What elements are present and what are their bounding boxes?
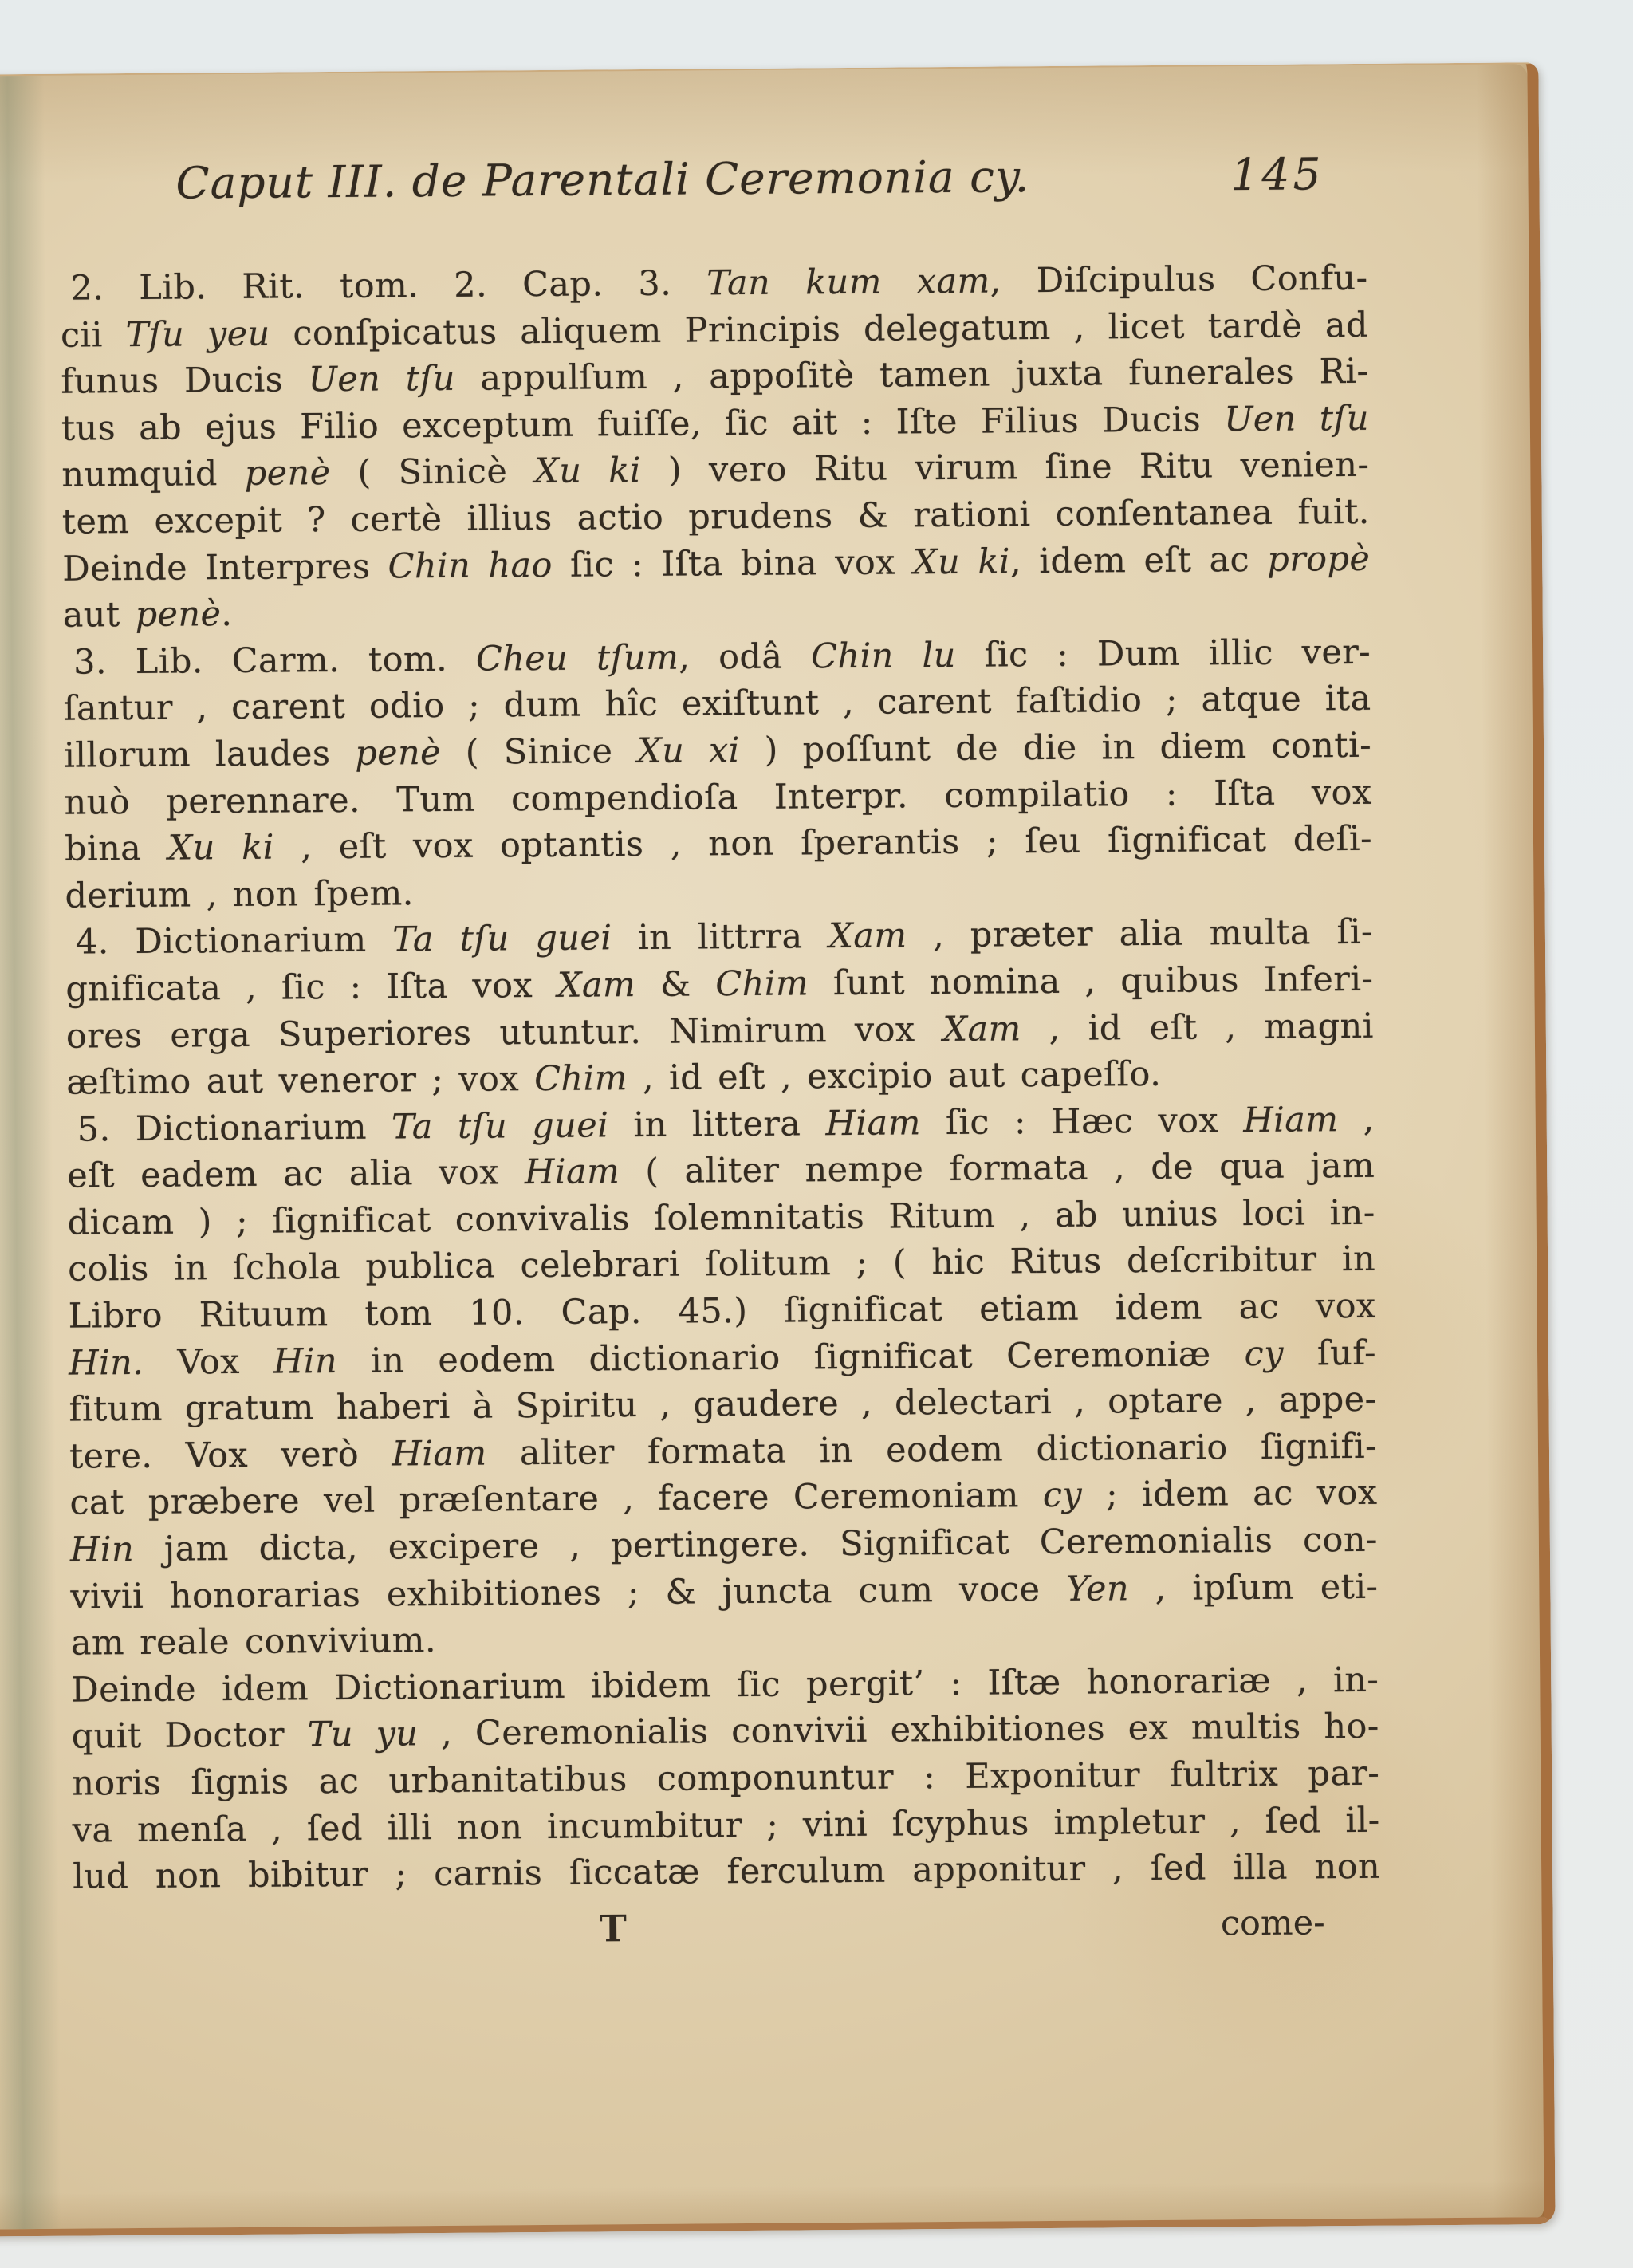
signature-mark: T <box>599 1904 628 1953</box>
marginal-letter: .A, <box>0 266 57 313</box>
book-page: Caput III. de Parentali Ceremonia cy. 14… <box>0 62 1556 2237</box>
signature-line: T come- <box>73 1898 1380 1958</box>
running-title: Caput III. de Parentali Ceremonia cy. <box>175 144 1029 215</box>
page-bottom-shading <box>0 2180 1544 2230</box>
scan-background: { "page": { "header": { "title": "Caput … <box>0 0 1633 2268</box>
page-number: 145 <box>1230 142 1324 207</box>
catchword: come- <box>1221 1898 1325 1948</box>
text-block: .A,2. Lib. Rit. tom. 2. Cap. 3. Tan kum … <box>60 255 1380 1901</box>
paragraph: )C.4. Dictionarium Ta tſu guei in littrr… <box>65 909 1375 1106</box>
paragraph: .A,2. Lib. Rit. tom. 2. Cap. 3. Tan kum … <box>60 255 1371 640</box>
marginal-letter: IB. <box>0 639 59 687</box>
page-right-shading <box>1476 64 1544 2217</box>
marginal-letter: ID. <box>0 1106 63 1154</box>
marginal-letter: )C. <box>0 919 61 967</box>
text-line: lud non bibitur ; carnis ſiccatæ ferculu… <box>73 1844 1380 1900</box>
running-header: Caput III. de Parentali Ceremonia cy. 14… <box>175 142 1324 215</box>
paragraph: IB.3. Lib. Carm. tom. Cheu tſum, odâ Chi… <box>63 629 1373 919</box>
paragraph: ID.5. Dictionarium Ta tſu guei in litter… <box>67 1096 1379 1667</box>
paragraph: Deinde idem Dictionarium ibidem ſic perg… <box>71 1657 1380 1901</box>
